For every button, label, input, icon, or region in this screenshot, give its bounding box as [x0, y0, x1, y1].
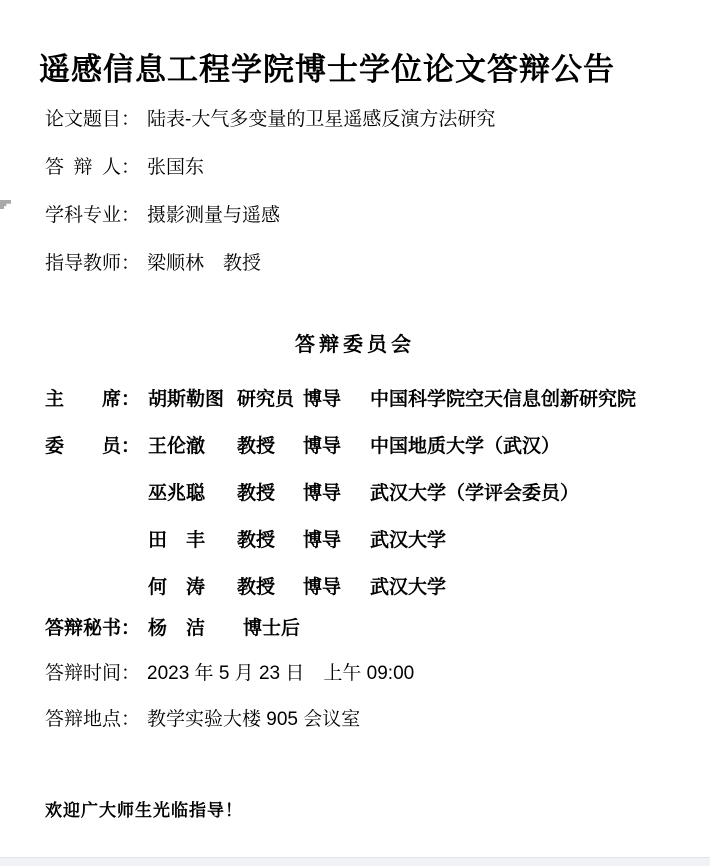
advisor-label: 指导教师：	[45, 253, 140, 274]
major-row: 学科专业：摄影测量与遥感	[45, 206, 690, 226]
committee-member-name: 王伦澈	[148, 436, 237, 457]
thesis-title-value: 陆表-大气多变量的卫星遥感反演方法研究	[147, 109, 495, 130]
committee-member-supervisor-status: 博导	[303, 530, 370, 551]
advisor-value: 梁顺林 教授	[147, 253, 261, 274]
committee-member-name: 田 丰	[148, 530, 237, 551]
committee-row-member: 巫兆聪 教授 博导 武汉大学（学评会委员）	[45, 483, 700, 504]
committee-member-affiliation: 武汉大学（学评会委员）	[370, 483, 700, 504]
welcome-closing-line: 欢迎广大师生光临指导！	[45, 799, 243, 823]
committee-member-title: 教授	[237, 530, 303, 551]
defense-location-label: 答辩地点：	[45, 709, 140, 730]
committee-member-supervisor-status: 博导	[303, 483, 370, 504]
committee-member-title: 教授	[237, 483, 303, 504]
committee-member-title: 研究员	[237, 389, 303, 410]
committee-member-name: 巫兆聪	[148, 483, 237, 504]
committee-member-supervisor-status: 博导	[303, 577, 370, 598]
committee-member-affiliation: 中国地质大学（武汉）	[370, 436, 700, 457]
committee-row-member: 委 员： 王伦澈 教授 博导 中国地质大学（武汉）	[45, 436, 700, 457]
committee-member-affiliation: 中国科学院空天信息创新研究院	[370, 389, 700, 410]
committee-role-label	[45, 483, 148, 504]
committee-row-chair: 主 席： 胡斯勒图 研究员 博导 中国科学院空天信息创新研究院	[45, 389, 700, 410]
committee-member-affiliation: 武汉大学	[370, 577, 700, 598]
committee-member-supervisor-status: 博导	[303, 436, 370, 457]
committee-role-label: 委 员：	[45, 436, 148, 457]
defense-time-row: 答辩时间：2023 年 5 月 23 日 上午 09:00	[45, 663, 690, 684]
committee-row-member: 田 丰 教授 博导 武汉大学	[45, 530, 700, 551]
major-value: 摄影测量与遥感	[147, 205, 280, 226]
secretary-row: 答辩秘书：杨 洁 博士后	[45, 618, 300, 639]
defense-time-label: 答辩时间：	[45, 663, 140, 684]
defense-time-value: 2023 年 5 月 23 日 上午 09:00	[147, 663, 414, 684]
defense-location-row: 答辩地点：教学实验大楼 905 会议室	[45, 709, 690, 730]
committee-member-supervisor-status: 博导	[303, 389, 370, 410]
mouse-cursor-artifact	[0, 200, 11, 209]
committee-role-label	[45, 577, 148, 598]
committee-member-affiliation: 武汉大学	[370, 530, 700, 551]
advisor-row: 指导教师：梁顺林 教授	[45, 254, 690, 274]
defense-announcement-page: 遥感信息工程学院博士学位论文答辩公告 论文题目：陆表-大气多变量的卫星遥感反演方…	[0, 0, 710, 866]
page-title: 遥感信息工程学院博士学位论文答辩公告	[0, 47, 654, 93]
page-bottom-edge	[0, 857, 710, 866]
committee-member-title: 教授	[237, 436, 303, 457]
candidate-label: 答 辩 人：	[45, 157, 140, 178]
thesis-title-row: 论文题目：陆表-大气多变量的卫星遥感反演方法研究	[45, 110, 690, 130]
secretary-label: 答辩秘书：	[45, 617, 140, 639]
schedule-section: 答辩时间：2023 年 5 月 23 日 上午 09:00 答辩地点：教学实验大…	[45, 663, 690, 755]
committee-member-name: 何 涛	[148, 577, 237, 598]
defense-location-value: 教学实验大楼 905 会议室	[147, 709, 360, 730]
major-label: 学科专业：	[45, 205, 140, 226]
secretary-value: 杨 洁 博士后	[148, 617, 300, 639]
candidate-value: 张国东	[147, 157, 204, 178]
committee-member-name: 胡斯勒图	[148, 389, 237, 410]
thesis-title-label: 论文题目：	[45, 109, 140, 130]
committee-member-title: 教授	[237, 577, 303, 598]
thesis-info-section: 论文题目：陆表-大气多变量的卫星遥感反演方法研究 答 辩 人：张国东 学科专业：…	[45, 110, 690, 302]
committee-section: 主 席： 胡斯勒图 研究员 博导 中国科学院空天信息创新研究院 委 员： 王伦澈…	[45, 389, 700, 624]
committee-role-label	[45, 530, 148, 551]
committee-row-member: 何 涛 教授 博导 武汉大学	[45, 577, 700, 598]
committee-role-label: 主 席：	[45, 389, 148, 410]
candidate-row: 答 辩 人：张国东	[45, 158, 690, 178]
committee-heading: 答辩委员会	[0, 333, 710, 355]
